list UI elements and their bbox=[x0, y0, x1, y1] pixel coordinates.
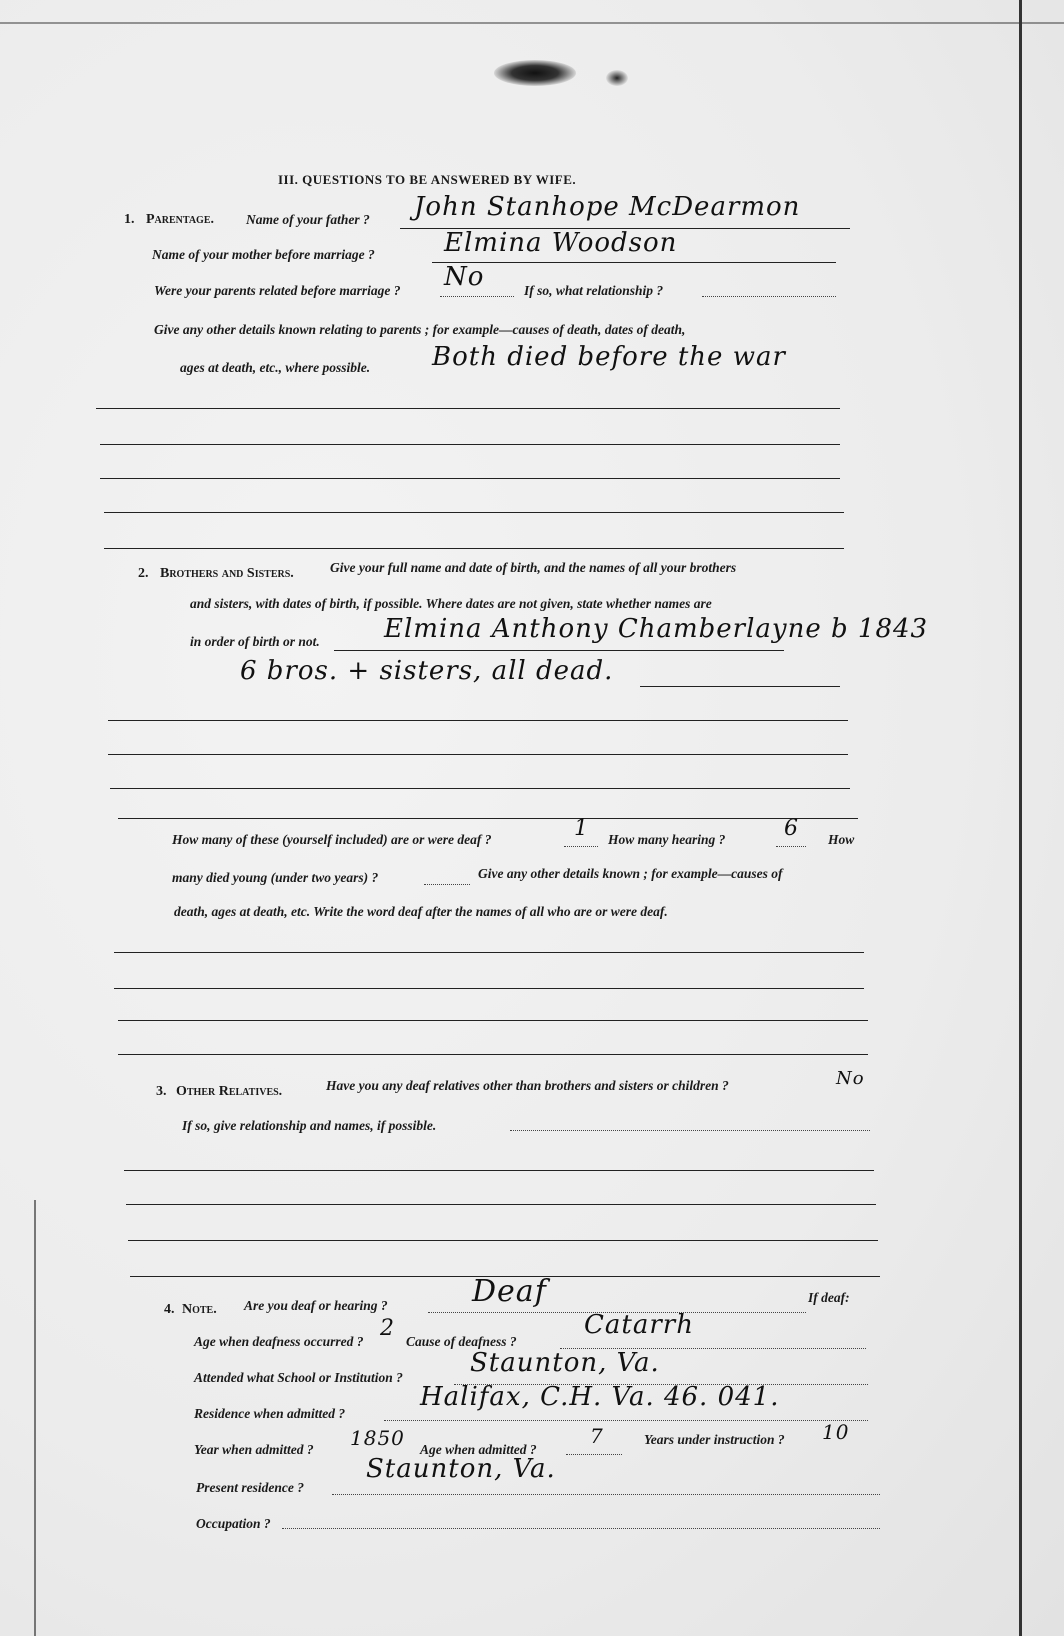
school-value: Staunton, Va. bbox=[470, 1348, 660, 1378]
siblings-label-3: in order of birth or not. bbox=[190, 634, 320, 650]
section-4-number: 4. bbox=[164, 1302, 175, 1318]
siblings-value-2: 6 bros. + sisters, all dead. bbox=[240, 656, 613, 686]
parent-details-value: Both died before the war bbox=[432, 342, 786, 372]
section-4-title: Note. bbox=[182, 1302, 217, 1318]
deaf-or-hearing-value: Deaf bbox=[472, 1274, 547, 1309]
occupation-label: Occupation ? bbox=[196, 1516, 271, 1532]
deaf-count-value: 1 bbox=[574, 816, 589, 841]
related-label: Were your parents related before marriag… bbox=[154, 283, 400, 299]
residence-admitted-label: Residence when admitted ? bbox=[194, 1406, 345, 1422]
section-1-title: Parentage. bbox=[146, 212, 214, 228]
page-edge bbox=[34, 1200, 36, 1636]
page-edge bbox=[0, 22, 1064, 24]
year-admitted-label: Year when admitted ? bbox=[194, 1442, 314, 1458]
died-young-label: many died young (under two years) ? bbox=[172, 870, 378, 886]
hearing-count-value: 6 bbox=[784, 816, 799, 841]
section-2-number: 2. bbox=[138, 566, 149, 582]
other-details-label: Give any other details known ; for examp… bbox=[478, 866, 782, 882]
parent-details-label: Give any other details known relating to… bbox=[154, 322, 685, 338]
relationship-label: If so, what relationship ? bbox=[524, 283, 663, 299]
siblings-value-1: Elmina Anthony Chamberlayne b 1843 bbox=[384, 614, 928, 644]
if-deaf-label: If deaf: bbox=[808, 1290, 850, 1306]
form-heading: III. QUESTIONS TO BE ANSWERED BY WIFE. bbox=[278, 172, 576, 188]
year-admitted-value: 1850 bbox=[350, 1426, 405, 1450]
section-3-title: Other Relatives. bbox=[176, 1084, 282, 1100]
died-young-label-a: How bbox=[828, 832, 854, 848]
document-page: III. QUESTIONS TO BE ANSWERED BY WIFE. 1… bbox=[0, 0, 1064, 1636]
section-2-title: Brothers and Sisters. bbox=[160, 566, 294, 582]
siblings-label-1: Give your full name and date of birth, a… bbox=[330, 560, 736, 576]
mother-label: Name of your mother before marriage ? bbox=[152, 247, 375, 263]
section-1-number: 1. bbox=[124, 212, 135, 228]
siblings-label-2: and sisters, with dates of birth, if pos… bbox=[190, 596, 712, 612]
age-admitted-value: 7 bbox=[590, 1424, 604, 1448]
related-value: No bbox=[444, 262, 484, 292]
father-value: John Stanhope McDearmon bbox=[414, 192, 800, 222]
relatives-names-label: If so, give relationship and names, if p… bbox=[182, 1118, 436, 1134]
hearing-count-label: How many hearing ? bbox=[608, 832, 725, 848]
other-relatives-label: Have you any deaf relatives other than b… bbox=[326, 1078, 729, 1094]
present-residence-value: Staunton, Va. bbox=[366, 1454, 556, 1484]
present-residence-label: Present residence ? bbox=[196, 1480, 304, 1496]
school-label: Attended what School or Institution ? bbox=[194, 1370, 403, 1386]
section-3-number: 3. bbox=[156, 1084, 167, 1100]
deaf-or-hearing-label: Are you deaf or hearing ? bbox=[244, 1298, 388, 1314]
ink-blot bbox=[606, 70, 628, 86]
parent-details-label-2: ages at death, etc., where possible. bbox=[180, 360, 370, 376]
ink-blot bbox=[494, 60, 576, 86]
other-relatives-value: No bbox=[836, 1068, 865, 1089]
deafness-age-label: Age when deafness occurred ? bbox=[194, 1334, 364, 1350]
mother-value: Elmina Woodson bbox=[444, 228, 677, 258]
page-edge bbox=[1019, 0, 1022, 1636]
deafness-age-value: 2 bbox=[380, 1316, 395, 1341]
deafness-cause-value: Catarrh bbox=[584, 1310, 694, 1340]
deaf-count-label: How many of these (yourself included) ar… bbox=[172, 832, 491, 848]
other-details-label-2: death, ages at death, etc. Write the wor… bbox=[174, 904, 668, 920]
years-instruction-label: Years under instruction ? bbox=[644, 1432, 785, 1448]
years-instruction-value: 10 bbox=[822, 1420, 849, 1444]
father-label: Name of your father ? bbox=[246, 212, 370, 228]
residence-admitted-value: Halifax, C.H. Va. 46. 041. bbox=[420, 1382, 779, 1412]
